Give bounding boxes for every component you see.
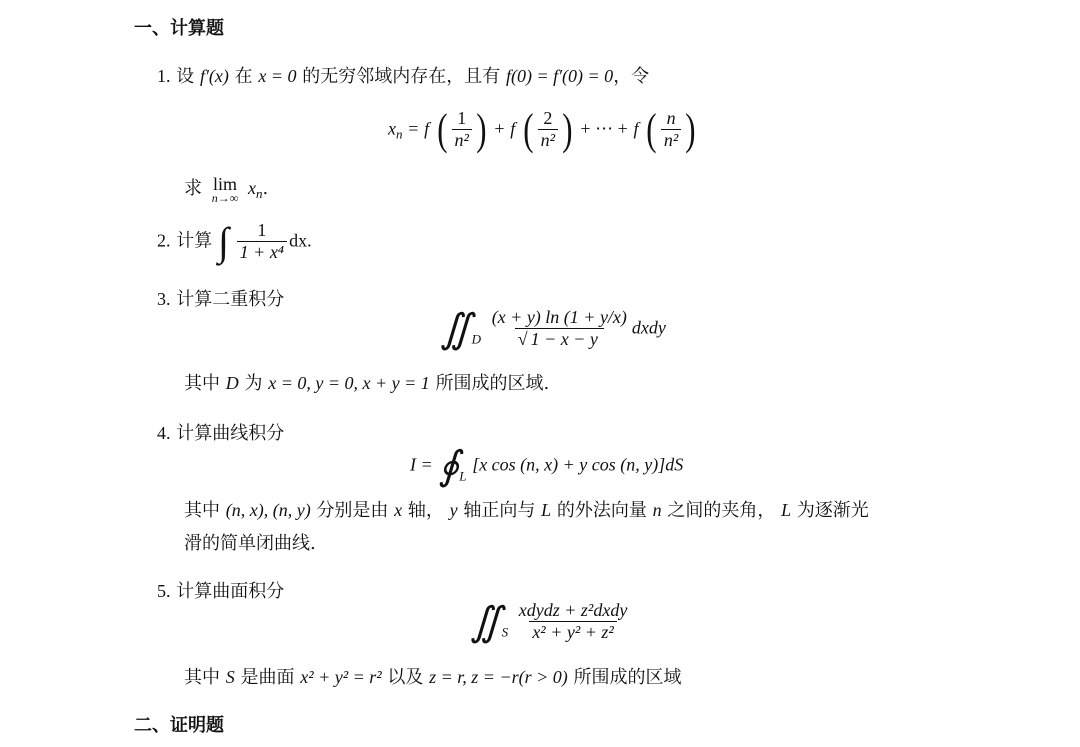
fraction: 1n² bbox=[452, 109, 472, 150]
fraction: xdydz + z²dxdyx² + y² + z² bbox=[516, 601, 631, 642]
fraction: (x + y) ln (1 + y/x)√1 − x − y bbox=[489, 308, 630, 349]
fraction: 11 + x⁴ bbox=[237, 221, 287, 262]
problem-3-statement: 3. 计算二重积分 bbox=[157, 285, 284, 311]
problem-4-note-line1: 其中 (n, x), (n, y) 分别是由 x 轴， y 轴正向与 L 的外法… bbox=[184, 496, 869, 522]
problem-number: 1. bbox=[157, 66, 171, 86]
double-integral-sign: ∬ bbox=[470, 599, 502, 644]
problem-1-formula: xn = f (1n²) + f (2n²) + ⋯ + f (nn²) bbox=[388, 104, 698, 155]
section-heading-calculation: 一、计算题 bbox=[134, 14, 224, 40]
problem-3-formula: ∬D (x + y) ln (1 + y/x)√1 − x − ydxdy bbox=[440, 305, 666, 352]
section-heading-proof: 二、证明题 bbox=[134, 711, 224, 737]
problem-2-statement: 2. 计算 ∫ 11 + x⁴dx. bbox=[157, 218, 312, 265]
problem-4-note-line2: 滑的简单闭曲线. bbox=[184, 529, 316, 555]
problem-4-statement: 4. 计算曲线积分 bbox=[157, 419, 284, 445]
problem-1-statement: 1. 设 f′(x) 在 x = 0 的无穷邻域内存在，且有 f(0) = f′… bbox=[157, 62, 649, 88]
problem-5-formula: ∬S xdydz + z²dxdyx² + y² + z² bbox=[470, 598, 632, 645]
fraction: 2n² bbox=[538, 109, 558, 150]
problem-3-note: 其中 D 为 x = 0, y = 0, x + y = 1 所围成的区域. bbox=[184, 369, 549, 395]
integral-sign: ∫ bbox=[218, 219, 229, 264]
problem-5-statement: 5. 计算曲面积分 bbox=[157, 577, 284, 603]
problem-1-ask: 求 lim n→∞ xn. bbox=[184, 174, 268, 206]
double-integral-sign: ∬ bbox=[440, 306, 472, 351]
contour-integral-sign: ∮ bbox=[438, 443, 459, 488]
problem-5-note: 其中 S 是曲面 x² + y² = r² 以及 z = r, z = −r(r… bbox=[184, 663, 681, 689]
problem-4-formula: I = ∮L [x cos (n, x) + y cos (n, y)]dS bbox=[410, 442, 683, 489]
fraction: nn² bbox=[661, 109, 681, 150]
